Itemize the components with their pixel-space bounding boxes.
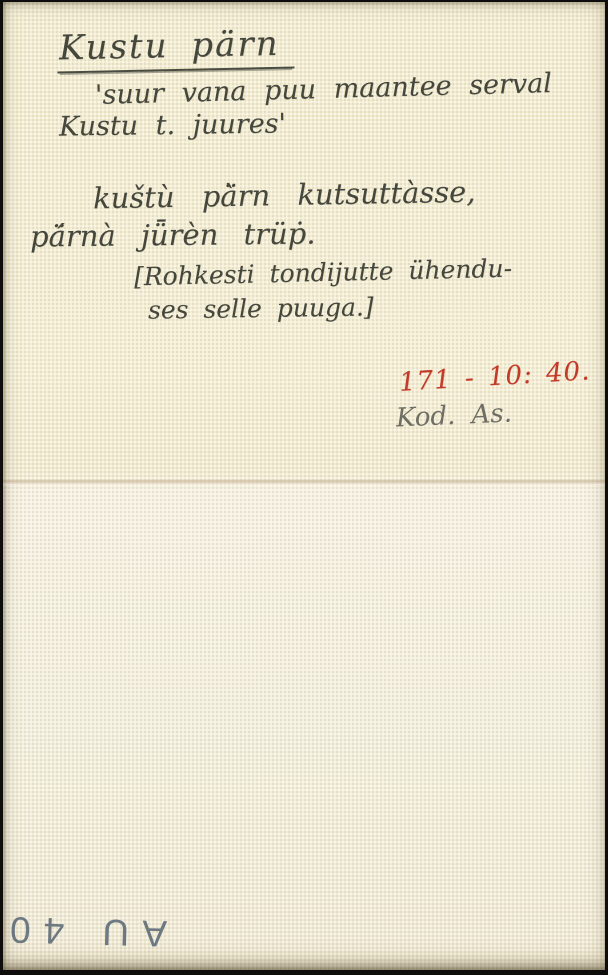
archive-reference-red: 171 - 10: 40. (398, 356, 591, 398)
dialect-transcription-line-2: pä́rnà jǖrèn trüṗ. (30, 217, 316, 254)
quote-line-1: 'suur vana puu maantee serval (95, 68, 553, 111)
paper-background: Kustu pärn 'suur vana puu maantee serval… (3, 2, 605, 970)
bracket-note-line-1: [Rohkesti tondijutte ühendu- (134, 254, 513, 292)
inverted-archive-stamp: AU 40 (0, 902, 188, 959)
archive-reference-pencil: Kod. As. (395, 398, 512, 433)
bracket-note-line-2: ses selle puuga.] (148, 292, 374, 324)
scan-edge-shadow (3, 2, 605, 970)
quote-line-2: Kustu t. juures' (59, 108, 286, 142)
card-title: Kustu pärn (57, 24, 294, 74)
dialect-transcription-line-1: kuštù pä̀rn kutsuttàsse, (93, 175, 476, 216)
scanned-card: Kustu pärn 'suur vana puu maantee serval… (0, 0, 608, 975)
fold-crease (3, 479, 605, 485)
